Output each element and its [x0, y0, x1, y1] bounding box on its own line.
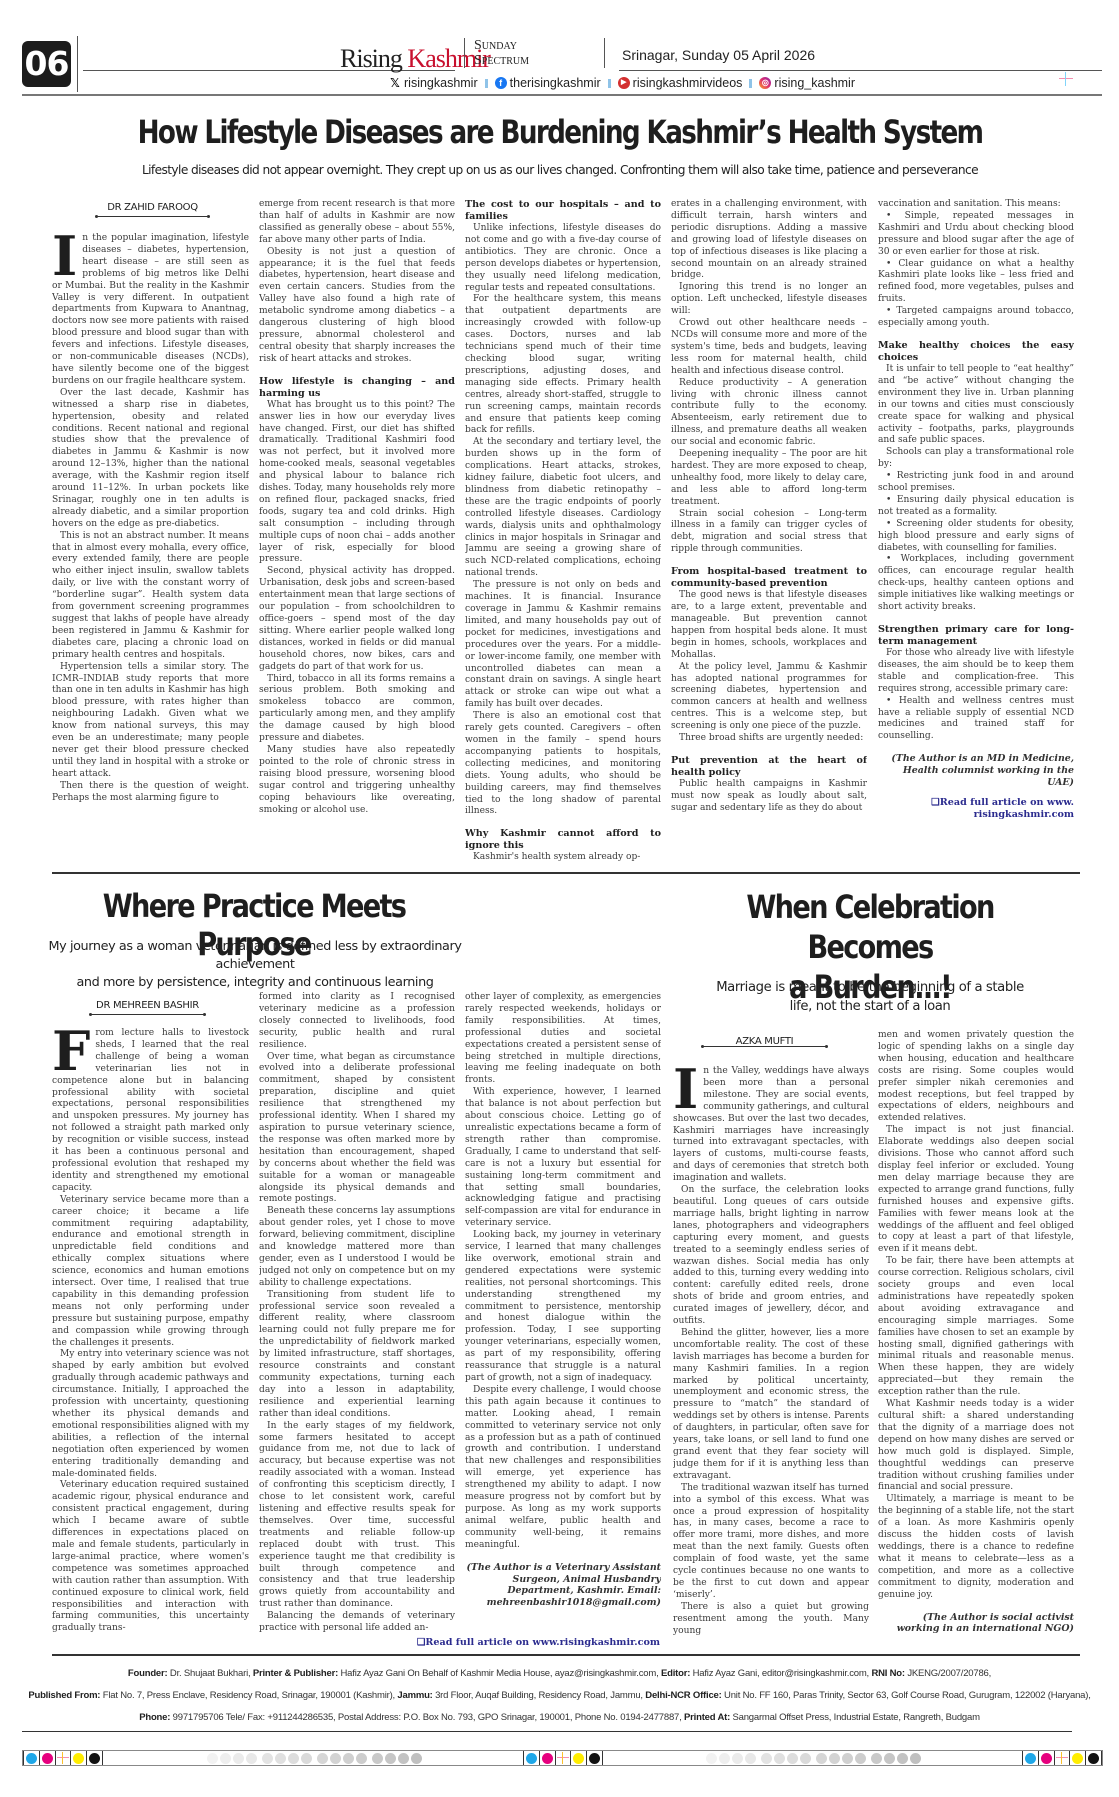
imprint-line-2: Published From: Flat No. 7, Press Enclav… [0, 1690, 1119, 1701]
paragraph: Second, physical activity has dropped. U… [259, 566, 455, 673]
color-patch [1022, 1751, 1038, 1765]
registration-cross-icon [557, 1752, 569, 1764]
bullet-item: • Ensuring daily physical education is n… [878, 495, 1074, 519]
paragraph: Third, tobacco in all its forms remains … [259, 674, 455, 745]
byline: DR MEHREEN BASHIR [90, 1000, 205, 1011]
paragraph: formed into clarity as I recognised vete… [259, 992, 455, 1052]
process-color-patches [1022, 1751, 1102, 1765]
gray-dot [706, 1753, 717, 1764]
masthead: 06 Rising Kashmir Sunday Spectrum Srinag… [22, 36, 1102, 98]
paragraph: Three broad shifts are urgently needed: [671, 733, 867, 745]
paragraph: Kashmir's health system already op- [465, 852, 661, 864]
color-patch [1069, 1751, 1085, 1765]
color-patch [1038, 1751, 1054, 1765]
gray-dot [774, 1753, 785, 1764]
dropcap: I [673, 1068, 698, 1110]
article-column: I n the Valley, weddings have always bee… [673, 1066, 869, 1656]
subheading: Strengthen primary care for long-term ma… [878, 624, 1074, 648]
imprint-text: Hafiz Ayaz Gani On Behalf of Kashmir Med… [338, 1668, 661, 1679]
paragraph: Balancing the demands of veterinary prac… [259, 1611, 455, 1635]
gray-dot [207, 1753, 218, 1764]
paragraph: Veterinary education required sustained … [52, 1480, 249, 1635]
social-instagram[interactable]: ◎ rising_kashmir [759, 76, 855, 90]
social-facebook[interactable]: f therisingkashmir [495, 76, 601, 90]
gray-dot [288, 1753, 299, 1764]
bullet-item: • Clear guidance on what a healthy Kashm… [878, 259, 1074, 307]
gray-dot [732, 1753, 743, 1764]
imprint-text: 3rd Floor, Auqaf Building, Residency Roa… [433, 1690, 646, 1701]
paragraph: Behind the glitter, however, lies a more… [673, 1328, 869, 1483]
paragraph: Despite every challenge, I would choose … [465, 1385, 661, 1552]
color-dot [526, 1753, 537, 1764]
gray-dot [719, 1753, 730, 1764]
gray-dot [829, 1753, 840, 1764]
color-patch [1085, 1751, 1102, 1765]
section-divider [52, 872, 1080, 874]
gray-dot [233, 1753, 244, 1764]
paragraph: The traditional wazwan itself has turned… [673, 1483, 869, 1602]
divider [604, 38, 605, 68]
gray-dot [317, 1753, 328, 1764]
paragraph: To be fair, there have been attempts at … [878, 1256, 1074, 1399]
color-patch [1054, 1751, 1069, 1765]
process-color-patches [23, 1751, 103, 1765]
gray-dot [745, 1753, 756, 1764]
byline-rule [96, 216, 209, 217]
separator [749, 79, 752, 88]
paragraph: Over the last decade, Kashmir has witnes… [52, 388, 249, 531]
social-x[interactable]: 𝕏 risingkashmir [389, 76, 478, 90]
deck-line: and more by persistence, integrity and c… [40, 974, 470, 992]
paragraph: n the Valley, weddings have always been … [673, 1066, 869, 1185]
color-patch [70, 1751, 86, 1765]
gray-dot [855, 1753, 866, 1764]
gray-dot [301, 1753, 312, 1764]
imprint-label: Published From: [28, 1690, 100, 1701]
page-number: 06 [22, 41, 71, 87]
paragraph: men and women privately question the log… [878, 1030, 1074, 1125]
imprint-label: Printer & Publisher: [253, 1668, 338, 1679]
paragraph: The good news is that lifestyle diseases… [671, 590, 867, 661]
subheading: Make healthy choices the easy choices [878, 340, 1074, 364]
paragraph: vaccination and sanitation. This means: [878, 199, 1074, 211]
color-patch [23, 1751, 39, 1765]
subheading: How lifestyle is changing – and harming … [259, 376, 455, 400]
paragraph: My entry into veterinary science was not… [52, 1349, 249, 1480]
subheading: Why Kashmir cannot afford to ignore this [465, 828, 661, 852]
section-name: Sunday Spectrum [474, 38, 529, 68]
deck-line: Marriage is meant to be the beginning of… [680, 978, 1060, 997]
color-dot [542, 1753, 553, 1764]
byline: DR ZAHID FAROOQ [95, 202, 210, 213]
color-patch [39, 1751, 55, 1765]
imprint-text: Dr. Shujaat Bukhari, [167, 1668, 252, 1679]
color-patch [55, 1751, 70, 1765]
gray-dot [761, 1753, 772, 1764]
imprint-label: RNI No: [871, 1668, 904, 1679]
imprint-line-3: Phone: 9971795706 Tele/ Fax: +9112442865… [0, 1712, 1119, 1723]
paragraph: Ignoring this trend is no longer an opti… [671, 282, 867, 318]
paragraph: It is unfair to tell people to “eat heal… [878, 364, 1074, 447]
subheading: The cost to our hospitals – and to famil… [465, 199, 661, 223]
imprint-text: Sangarmal Offset Press, Industrial Estat… [730, 1712, 980, 1723]
social-handle: rising_kashmir [774, 76, 855, 90]
paragraph: Obesity is not just a question of appear… [259, 247, 455, 366]
article-column: erates in a challenging environment, wit… [671, 199, 867, 879]
subheading: Put prevention at the heart of health po… [671, 755, 867, 779]
bullet-item: • Screening older students for obesity, … [878, 519, 1074, 555]
paragraph: Strain social cohesion – Long-term illne… [671, 509, 867, 557]
paragraph: Then there is the question of weight. Pe… [52, 781, 249, 805]
article-column: F rom lecture halls to livestock sheds, … [52, 1028, 249, 1656]
color-dot [1041, 1753, 1052, 1764]
article-column: emerge from recent research is that more… [259, 199, 455, 879]
gray-dot [220, 1753, 231, 1764]
read-more-link[interactable]: ❑Read full article on www. risingkashmir… [878, 797, 1074, 821]
paragraph: Ultimately, a marriage is meant to be th… [878, 1494, 1074, 1601]
newspaper-logo[interactable]: Rising Kashmir [340, 44, 490, 74]
paragraph: n the popular imagination, lifestyle dis… [52, 233, 249, 388]
x-icon: 𝕏 [389, 77, 401, 89]
paragraph: Reduce productivity – A generation livin… [671, 378, 867, 449]
color-patch [555, 1751, 570, 1765]
separator [608, 79, 611, 88]
imprint-label: Editor: [661, 1668, 690, 1679]
gray-steps [702, 1751, 922, 1765]
youtube-icon: ▶ [618, 77, 630, 89]
color-dot [1072, 1753, 1083, 1764]
gray-dot [385, 1753, 396, 1764]
paragraph: Unlike infections, lifestyle diseases do… [465, 223, 661, 294]
article-column: vaccination and sanitation. This means: … [878, 199, 1074, 879]
divider [619, 70, 1102, 71]
bullet-item: • Restricting junk food in and around sc… [878, 471, 1074, 495]
byline-rule [702, 1046, 827, 1047]
registration-cross-icon [57, 1752, 69, 1764]
paragraph: What Kashmir needs today is a wider cult… [878, 1399, 1074, 1494]
gray-dot [816, 1753, 827, 1764]
article-column: formed into clarity as I recognised vete… [259, 992, 455, 1646]
paragraph: For those who already live with lifestyl… [878, 648, 1074, 696]
imprint-text: Flat No. 7, Press Enclave, Residency Roa… [100, 1690, 397, 1701]
separator [485, 79, 488, 88]
social-handle: risingkashmirvideos [633, 76, 743, 90]
gray-dot [330, 1753, 341, 1764]
divider [464, 38, 465, 68]
bullet-item: • Simple, repeated messages in Kashmiri … [878, 211, 1074, 259]
byline-rule [90, 1014, 205, 1015]
paragraph: There is also a quiet but growing resent… [673, 1602, 869, 1638]
headline-line: When Celebration Becomes [692, 887, 1049, 967]
instagram-icon: ◎ [759, 77, 771, 89]
imprint-text: JKENG/2007/20786, [905, 1668, 991, 1679]
imprint-text: Hafiz Ayaz Gani, editor@risingkashmir.co… [690, 1668, 871, 1679]
social-links: 𝕏 risingkashmir f therisingkashmir ▶ ris… [389, 76, 855, 90]
author-note: (The Author is an MD in Medicine, Health… [878, 753, 1074, 789]
divider [22, 94, 1102, 96]
paragraph: Crowd out other healthcare needs – NCDs … [671, 318, 867, 378]
color-dot [89, 1753, 100, 1764]
article-column: men and women privately question the log… [878, 1030, 1074, 1650]
deck: My journey as a woman veterinarian is de… [40, 938, 470, 992]
color-dot [1025, 1753, 1036, 1764]
paragraph: Deepening inequality – The poor are hit … [671, 449, 867, 509]
gray-dot [800, 1753, 811, 1764]
paragraph: With experience, however, I learned that… [465, 1087, 661, 1230]
article-column: I n the popular imagination, lifestyle d… [52, 233, 249, 883]
paragraph: Looking back, my journey in veterinary s… [465, 1230, 661, 1385]
registration-cross-icon [1056, 1752, 1068, 1764]
gray-dot [246, 1753, 257, 1764]
color-dot [42, 1753, 53, 1764]
dateline: Srinagar, Sunday 05 April 2026 [622, 47, 815, 63]
gray-steps [203, 1751, 423, 1765]
paragraph: At the policy level, Jammu & Kashmir has… [671, 662, 867, 733]
brand-rising: Rising [340, 44, 402, 73]
paragraph: In the early stages of my fieldwork, som… [259, 1421, 455, 1612]
paragraph: For the healthcare system, this means th… [465, 294, 661, 437]
imprint-label: Printed At: [684, 1712, 730, 1723]
bullet-item: • Targeted campaigns around tobacco, esp… [878, 306, 1074, 330]
imprint-text: 9971795706 Tele/ Fax: +911244286535, Pos… [170, 1712, 684, 1723]
social-youtube[interactable]: ▶ risingkashmirvideos [618, 76, 743, 90]
paragraph: Schools can play a transformational role… [878, 447, 1074, 471]
paragraph: There is also an emotional cost that rar… [465, 711, 661, 818]
social-handle: risingkashmir [404, 76, 478, 90]
footer-rule [22, 1731, 1072, 1732]
color-patch [586, 1751, 603, 1765]
read-more-link[interactable]: ❑Read full article on www.risingkashmir.… [360, 1637, 660, 1651]
facebook-icon: f [495, 77, 507, 89]
bullet-item: • Workplaces, including government offic… [878, 554, 1074, 614]
process-color-patches [523, 1751, 603, 1765]
registration-mark-icon [1059, 72, 1073, 86]
article-column: other layer of complexity, as emergencie… [465, 992, 661, 1656]
paragraph: On the surface, the celebration looks be… [673, 1185, 869, 1328]
section-line-2: Spectrum [474, 53, 529, 68]
paragraph: At the secondary and tertiary level, the… [465, 437, 661, 580]
paragraph: Veterinary service became more than a ca… [52, 1195, 249, 1350]
gray-dot [842, 1753, 853, 1764]
gray-dot [398, 1753, 409, 1764]
paragraph: Beneath these concerns lay assumptions a… [259, 1206, 455, 1289]
color-dot [73, 1753, 84, 1764]
imprint-label: Phone: [139, 1712, 170, 1723]
paragraph: erates in a challenging environment, wit… [671, 199, 867, 282]
headline: How Lifestyle Diseases are Burdening Kas… [117, 112, 1003, 152]
article-column: The cost to our hospitals – and to famil… [465, 199, 661, 879]
deck-line: life, not the start of a loan [680, 997, 1060, 1016]
imprint-label: Delhi-NCR Office: [645, 1690, 721, 1701]
color-dot [26, 1753, 37, 1764]
imprint-label: Jammu: [397, 1690, 432, 1701]
gray-dot [910, 1753, 921, 1764]
paragraph: The pressure is not only on beds and mac… [465, 580, 661, 711]
paragraph: What has brought us to this point? The a… [259, 400, 455, 567]
gray-dot [897, 1753, 908, 1764]
author-note: (The Author is a Veterinary Assistant Su… [465, 1562, 661, 1610]
dropcap: I [52, 235, 77, 277]
paragraph: Many studies have also repeatedly pointe… [259, 745, 455, 816]
dropcap: F [52, 1030, 90, 1072]
color-patch [86, 1751, 103, 1765]
deck: Marriage is meant to be the beginning of… [680, 978, 1060, 1016]
section-line-1: Sunday [474, 38, 529, 53]
print-color-bar [22, 1750, 1103, 1766]
color-patch [523, 1751, 539, 1765]
divider [77, 36, 78, 92]
gray-dot [411, 1753, 422, 1764]
paragraph: emerge from recent research is that more… [259, 199, 455, 247]
gray-dot [262, 1753, 273, 1764]
paragraph: Transitioning from student life to profe… [259, 1290, 455, 1421]
gray-dot [871, 1753, 882, 1764]
bullet-item: • Health and wellness centres must have … [878, 696, 1074, 744]
gray-dot [275, 1753, 286, 1764]
gray-dot [787, 1753, 798, 1764]
gray-dot [343, 1753, 354, 1764]
imprint-label: Founder: [128, 1668, 168, 1679]
color-dot [573, 1753, 584, 1764]
author-note: (The Author is social activist working i… [878, 1612, 1074, 1636]
paragraph: Hypertension tells a similar story. The … [52, 662, 249, 781]
paragraph: other layer of complexity, as emergencie… [465, 992, 661, 1087]
gray-dot [372, 1753, 383, 1764]
paragraph: Public health campaigns in Kashmir must … [671, 779, 867, 815]
paragraph: The impact is not just financial. Elabor… [878, 1125, 1074, 1256]
color-patch [539, 1751, 555, 1765]
deck: Lifestyle diseases did not appear overni… [20, 163, 1100, 177]
subheading: From hospital-based treatment to communi… [671, 566, 867, 590]
paragraph: Over time, what began as circumstance ev… [259, 1052, 455, 1207]
gray-dot [356, 1753, 367, 1764]
deck-line: My journey as a woman veterinarian is de… [40, 938, 470, 974]
social-handle: therisingkashmir [510, 76, 601, 90]
gray-dot [884, 1753, 895, 1764]
color-patch [570, 1751, 586, 1765]
paragraph: This is not an abstract number. It means… [52, 531, 249, 662]
imprint-text: Unit No. FF 160, Paras Trinity, Sector 6… [722, 1690, 1091, 1701]
section-divider [52, 1654, 1080, 1656]
color-dot [589, 1753, 600, 1764]
color-dot [1088, 1753, 1099, 1764]
imprint-line-1: Founder: Dr. Shujaat Bukhari, Printer & … [0, 1668, 1119, 1679]
